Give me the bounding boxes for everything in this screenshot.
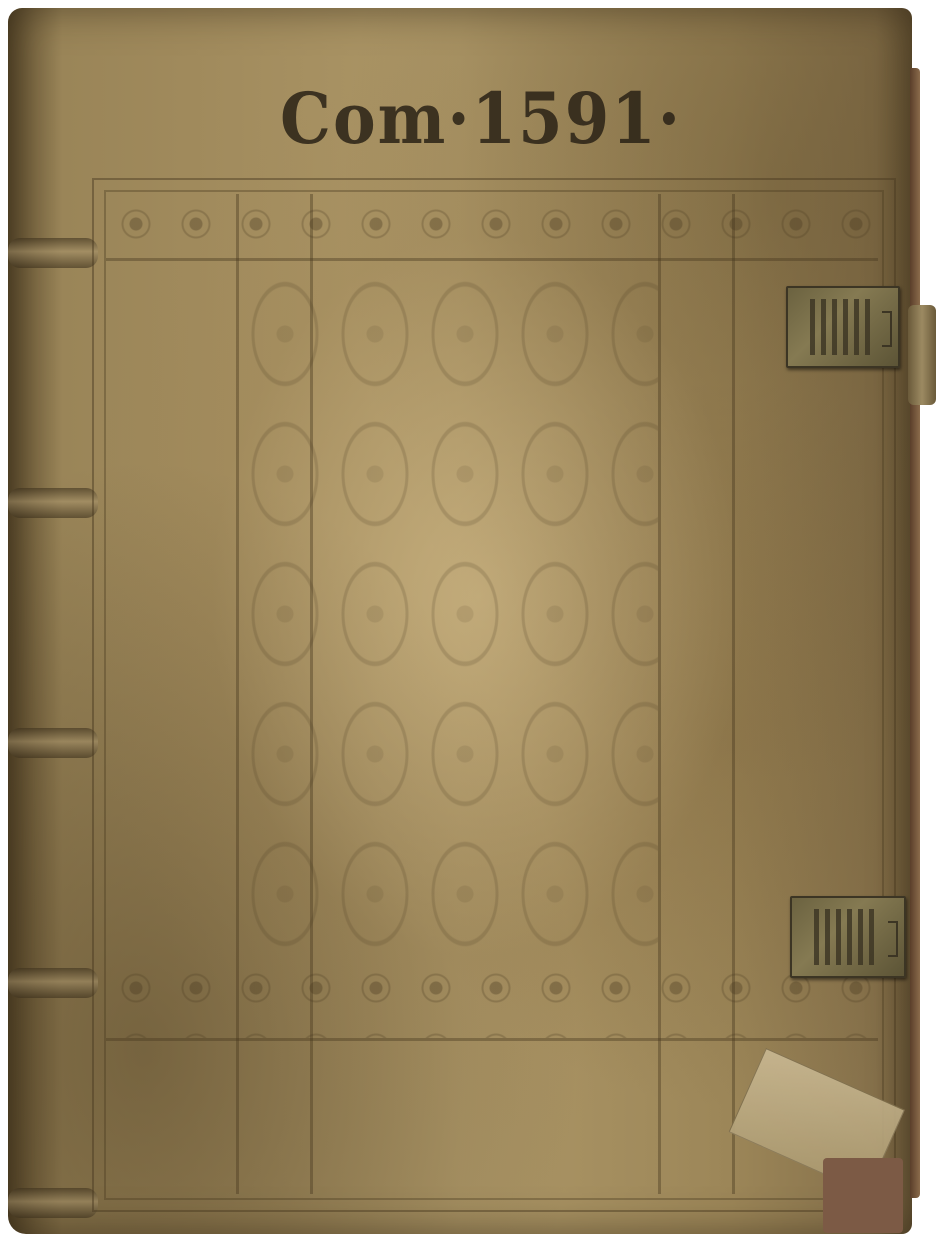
exposed-board (823, 1158, 903, 1233)
bottom-roll-border (106, 958, 878, 1038)
clasp-hinge (888, 921, 898, 956)
cover-title: Com·1591· (280, 65, 700, 175)
clasp-strap (908, 305, 936, 405)
book-cover: Com·1591· (8, 8, 912, 1234)
spine-band (8, 728, 98, 758)
tool-line (658, 194, 661, 1194)
upper-clasp (786, 286, 900, 368)
tool-line (732, 194, 735, 1194)
spine-band (8, 488, 98, 518)
clasp-engraving (814, 909, 879, 965)
tool-line (106, 258, 878, 261)
spine-band (8, 238, 98, 268)
tool-line (106, 1038, 878, 1041)
central-floral-panel (240, 264, 658, 954)
tool-line (236, 194, 239, 1194)
lower-clasp (790, 896, 906, 978)
top-roll-border (106, 194, 878, 254)
spine-band (8, 1188, 98, 1218)
fore-edge (910, 68, 920, 1198)
spine-band (8, 968, 98, 998)
clasp-hinge (882, 311, 892, 346)
clasp-engraving (810, 299, 874, 355)
